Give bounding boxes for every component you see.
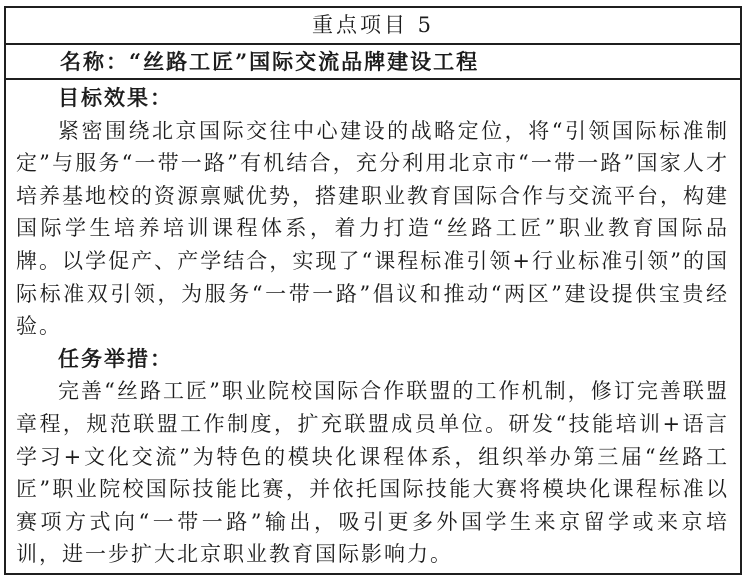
project-table-title: 重点项目 5 — [6, 8, 740, 45]
project-table: 重点项目 5 名称：“丝路工匠”国际交流品牌建设工程 目标效果： 紧密围绕北京国… — [4, 6, 742, 575]
document-page: { "table": { "title": "重点项目 5", "name_li… — [0, 0, 749, 580]
goal-section-heading: 目标效果： — [16, 82, 729, 115]
tasks-section-paragraph: 完善“丝路工匠”职业院校国际合作联盟的工作机制，修订完善联盟章程，规范联盟工作制… — [16, 375, 729, 571]
project-content-cell: 目标效果： 紧密围绕北京国际交往中心建设的战略定位，将“引领国际标准制定”与服务… — [6, 80, 740, 573]
goal-section-paragraph: 紧密围绕北京国际交往中心建设的战略定位，将“引领国际标准制定”与服务“一带一路”… — [16, 115, 729, 343]
project-name-row: 名称：“丝路工匠”国际交流品牌建设工程 — [6, 45, 740, 80]
tasks-section-heading: 任务举措： — [16, 343, 729, 376]
